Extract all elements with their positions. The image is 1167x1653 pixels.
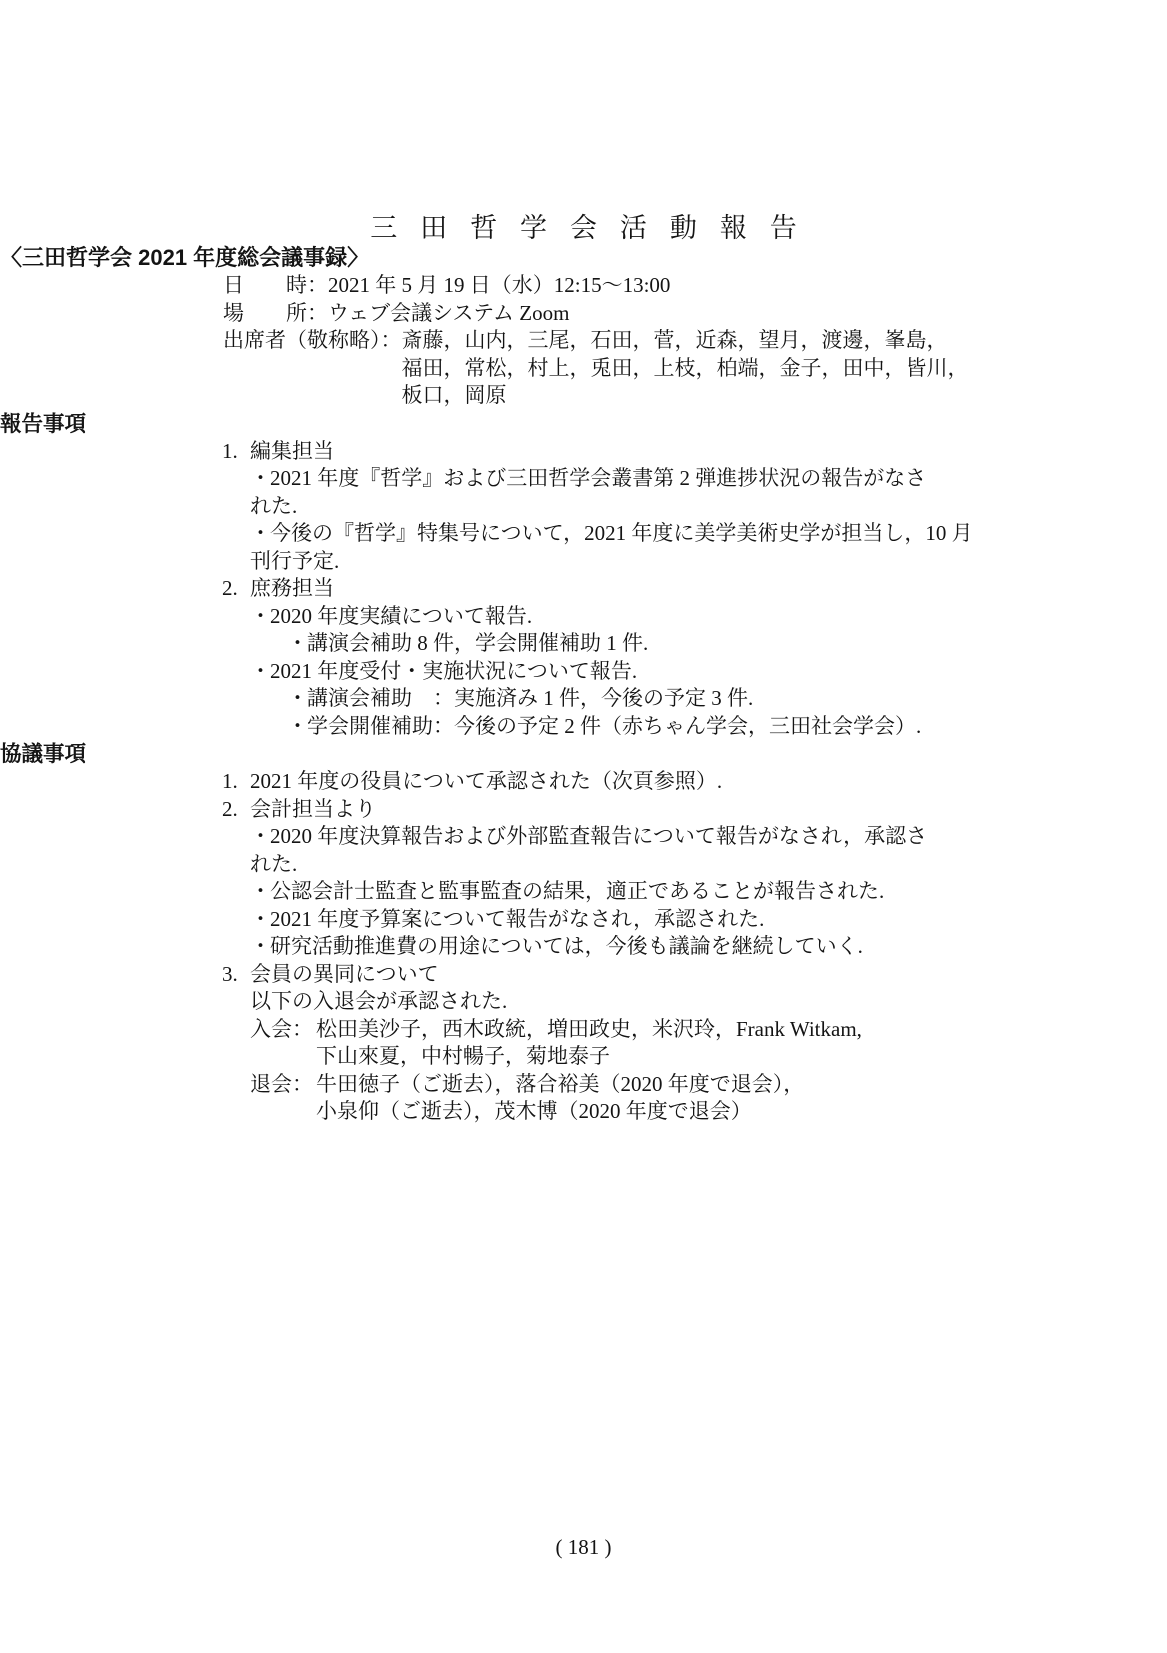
discussion-item-1: 1. 2021 年度の役員について承認された（次頁参照）. xyxy=(222,768,1167,796)
item-number: 2. xyxy=(222,575,250,603)
bullet-marker: ・ xyxy=(287,685,307,713)
report-item-2: 2. 庶務担当 xyxy=(222,575,1167,603)
bullet-marker: ・ xyxy=(250,603,270,631)
bullet-line: ・2020 年度決算報告および外部監査報告について報告がなされ，承認さ xyxy=(250,823,1167,851)
attendees-line: 斎藤，山内，三尾，石田，菅，近森，望月，渡邊，峯島， xyxy=(402,327,969,355)
bullet-line: ・今後の『哲学』特集号について，2021 年度に美学美術史学が担当し，10 月 xyxy=(250,520,1167,548)
attendees-row: 出席者（敬称略）： 斎藤，山内，三尾，石田，菅，近森，望月，渡邊，峯島， 福田，… xyxy=(223,327,1167,410)
join-label: 入会： xyxy=(250,1016,316,1071)
item-title: 庶務担当 xyxy=(250,575,334,603)
bullet-line: ・2020 年度実績について報告. xyxy=(250,603,1167,631)
bullet-text: 今後の『哲学』特集号について，2021 年度に美学美術史学が担当し，10 月 xyxy=(270,521,973,545)
bullet-text: 2020 年度実績について報告. xyxy=(270,604,532,628)
page-number: ( 181 ) xyxy=(0,1534,1167,1562)
bullet-continuation: 刊行予定. xyxy=(250,548,1167,576)
bullet-text: 講演会補助 8 件，学会開催補助 1 件. xyxy=(307,631,648,655)
leave-row: 退会： 牛田徳子（ご逝去），落合裕美（2020 年度で退会）， 小泉仰（ご逝去）… xyxy=(250,1071,1167,1126)
document-title-text: 三田哲学会活動報告 xyxy=(370,213,820,243)
bullet-text: 研究活動推進費の用途については，今後も議論を継続していく. xyxy=(270,934,863,958)
leave-label: 退会： xyxy=(250,1071,316,1126)
leave-line: 小泉仰（ご逝去），茂木博（2020 年度で退会） xyxy=(316,1098,804,1126)
join-line: 下山來夏，中村暢子，菊地泰子 xyxy=(316,1043,862,1071)
leave-line: 牛田徳子（ご逝去），落合裕美（2020 年度で退会）， xyxy=(316,1071,804,1099)
attendees-line: 福田，常松，村上，兎田，上枝，柏端，金子，田中，皆川， xyxy=(402,355,969,383)
meeting-datetime-value: 2021 年 5 月 19 日（水）12:15～13:00 xyxy=(328,273,670,297)
report-item-1: 1. 編集担当 xyxy=(222,438,1167,466)
bullet-line: ・2021 年度予算案について報告がなされ，承認された. xyxy=(250,906,1167,934)
bullet-line: ・2021 年度『哲学』および三田哲学会叢書第 2 弾進捗状況の報告がなさ xyxy=(250,465,1167,493)
bullet-text: 2020 年度決算報告および外部監査報告について報告がなされ，承認さ xyxy=(270,824,927,848)
meeting-place-value: ウェブ会議システム Zoom xyxy=(328,301,569,325)
bullet-marker: ・ xyxy=(287,713,307,741)
bullet-continuation: れた. xyxy=(250,851,1167,879)
bullet-marker: ・ xyxy=(250,465,270,493)
bullet-text: 学会開催補助：今後の予定 2 件（赤ちゃん学会，三田社会学会）. xyxy=(307,714,921,738)
join-row: 入会： 松田美沙子，西木政統，増田政史，米沢玲，Frank Witkam, 下山… xyxy=(250,1016,1167,1071)
discussion-section-heading: 協議事項 xyxy=(0,740,1167,768)
item-title: 編集担当 xyxy=(250,438,334,466)
bullet-continuation: れた. xyxy=(250,493,1167,521)
bullet-line: ・研究活動推進費の用途については，今後も議論を継続していく. xyxy=(250,933,1167,961)
discussion-item-2: 2. 会計担当より xyxy=(222,796,1167,824)
membership-intro: 以下の入退会が承認された. xyxy=(250,988,1167,1016)
bullet-line: ・公認会計士監査と監事監査の結果，適正であることが報告された. xyxy=(250,878,1167,906)
item-number: 3. xyxy=(222,961,250,989)
bullet-text: 2021 年度受付・実施状況について報告. xyxy=(270,659,637,683)
meeting-place-label: 場 所： xyxy=(223,301,328,325)
bullet-marker: ・ xyxy=(250,658,270,686)
bullet-marker: ・ xyxy=(250,933,270,961)
minutes-heading: 〈三田哲学会 2021 年度総会議事録〉 xyxy=(0,244,1167,272)
bullet-text: 講演会補助 ：実施済み 1 件，今後の予定 3 件. xyxy=(307,686,753,710)
bullet-marker: ・ xyxy=(250,878,270,906)
item-number: 1. xyxy=(222,438,250,466)
bullet-marker: ・ xyxy=(287,630,307,658)
discussion-item-3: 3. 会員の異同について xyxy=(222,961,1167,989)
meeting-datetime-label: 日 時： xyxy=(223,273,328,297)
meeting-datetime-row: 日 時：2021 年 5 月 19 日（水）12:15～13:00 xyxy=(223,272,1167,300)
bullet-text: 2021 年度『哲学』および三田哲学会叢書第 2 弾進捗状況の報告がなさ xyxy=(270,466,926,490)
meeting-place-row: 場 所：ウェブ会議システム Zoom xyxy=(223,300,1167,328)
attendees-line: 板口，岡原 xyxy=(402,382,969,410)
attendees-label: 出席者（敬称略）： xyxy=(223,327,402,410)
leave-names: 牛田徳子（ご逝去），落合裕美（2020 年度で退会）， 小泉仰（ご逝去），茂木博… xyxy=(316,1071,804,1126)
sub-bullet-line: ・講演会補助 8 件，学会開催補助 1 件. xyxy=(287,630,1167,658)
item-number: 1. xyxy=(222,768,250,796)
sub-bullet-line: ・講演会補助 ：実施済み 1 件，今後の予定 3 件. xyxy=(287,685,1167,713)
item-number: 2. xyxy=(222,796,250,824)
item-title: 会計担当より xyxy=(250,796,376,824)
join-names: 松田美沙子，西木政統，増田政史，米沢玲，Frank Witkam, 下山來夏，中… xyxy=(316,1016,862,1071)
report-section-heading: 報告事項 xyxy=(0,410,1167,438)
bullet-marker: ・ xyxy=(250,823,270,851)
document-page: 三田哲学会活動報告 〈三田哲学会 2021 年度総会議事録〉 日 時：2021 … xyxy=(0,0,1167,1653)
bullet-marker: ・ xyxy=(250,906,270,934)
item-title: 2021 年度の役員について承認された（次頁参照）. xyxy=(250,768,722,796)
bullet-marker: ・ xyxy=(250,520,270,548)
bullet-line: ・2021 年度受付・実施状況について報告. xyxy=(250,658,1167,686)
join-line: 松田美沙子，西木政統，増田政史，米沢玲，Frank Witkam, xyxy=(316,1016,862,1044)
item-title: 会員の異同について xyxy=(250,961,439,989)
bullet-text: 2021 年度予算案について報告がなされ，承認された. xyxy=(270,907,764,931)
sub-bullet-line: ・学会開催補助：今後の予定 2 件（赤ちゃん学会，三田社会学会）. xyxy=(287,713,1167,741)
attendees-names: 斎藤，山内，三尾，石田，菅，近森，望月，渡邊，峯島， 福田，常松，村上，兎田，上… xyxy=(402,327,969,410)
document-title: 三田哲学会活動報告 xyxy=(0,0,1167,244)
bullet-text: 公認会計士監査と監事監査の結果，適正であることが報告された. xyxy=(270,879,884,903)
